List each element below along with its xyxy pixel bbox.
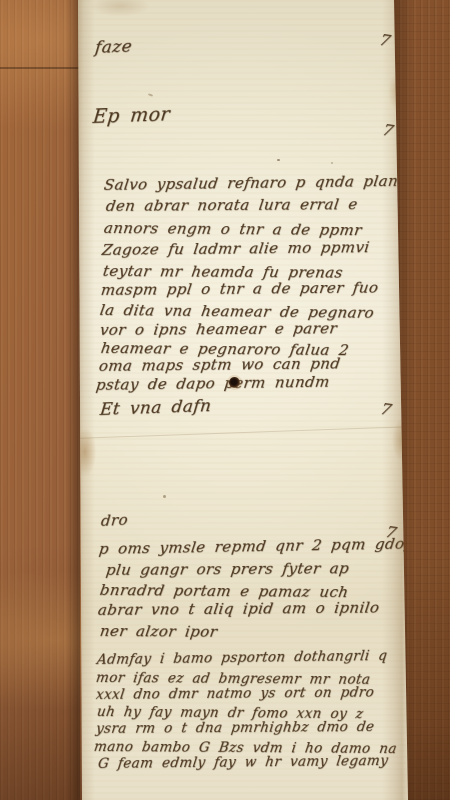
margin-flourish-1: 7 — [377, 30, 393, 50]
handwriting-line: abrar vno t aliq ipid am o ipnilo — [97, 599, 381, 619]
handwriting-line: pstay de dapo perm nundm — [95, 373, 331, 394]
handwriting-line: annors engm o tnr a de ppmr — [103, 219, 364, 239]
margin-flourish-2: 7 — [380, 120, 396, 140]
handwriting-line: vor o ipns heamear e parer — [99, 319, 338, 339]
ink-speck — [331, 162, 333, 164]
handwriting-line: Zagoze fu ladmr alie mo ppmvi — [101, 238, 371, 259]
handwriting-line: maspm ppl o tnr a de parer fuo — [100, 279, 380, 299]
handwriting-line: Admfay i bamo psporton dothangrli q — [96, 648, 388, 668]
manuscript-photo: faze 7 Ep mor 7 Salvo ypsalud refnaro p … — [0, 0, 450, 800]
handwriting-top-note: faze — [94, 37, 133, 58]
handwriting-line: plu gangr ors prers fyter ap — [105, 559, 351, 579]
ink-speck — [277, 159, 280, 161]
handwriting-line: oma maps sptm wo can pnd — [98, 354, 342, 375]
handwriting-line: den abrar norata lura erral e — [105, 195, 359, 215]
handwriting-heading: Ep mor — [92, 103, 171, 128]
margin-flourish-3: 7 — [378, 399, 394, 419]
handwriting-line: ner alzor ipor — [99, 622, 219, 641]
handwriting-line: xxxl dno dmr natmo ys ort on pdro — [95, 685, 375, 703]
paper-cast-shadow-left — [66, 0, 80, 800]
handwriting-side-word: dro — [100, 511, 129, 531]
ink-speck — [163, 495, 166, 498]
paper-crease — [80, 426, 408, 438]
handwriting-docket: Et vna dafn — [99, 396, 212, 420]
handwriting-line: Salvo ypsalud refnaro p qnda plana — [103, 172, 409, 194]
handwriting-line: ysra rm o t dna pmrhighbz dmo de — [95, 719, 375, 737]
handwriting-line: G feam edmly fay w hr vamy legamy — [97, 753, 389, 772]
worm-hole — [229, 377, 240, 388]
handwriting-line: p oms ymsle repmd qnr 2 pqm gdoygz — [98, 534, 433, 558]
ink-speck — [148, 93, 153, 97]
